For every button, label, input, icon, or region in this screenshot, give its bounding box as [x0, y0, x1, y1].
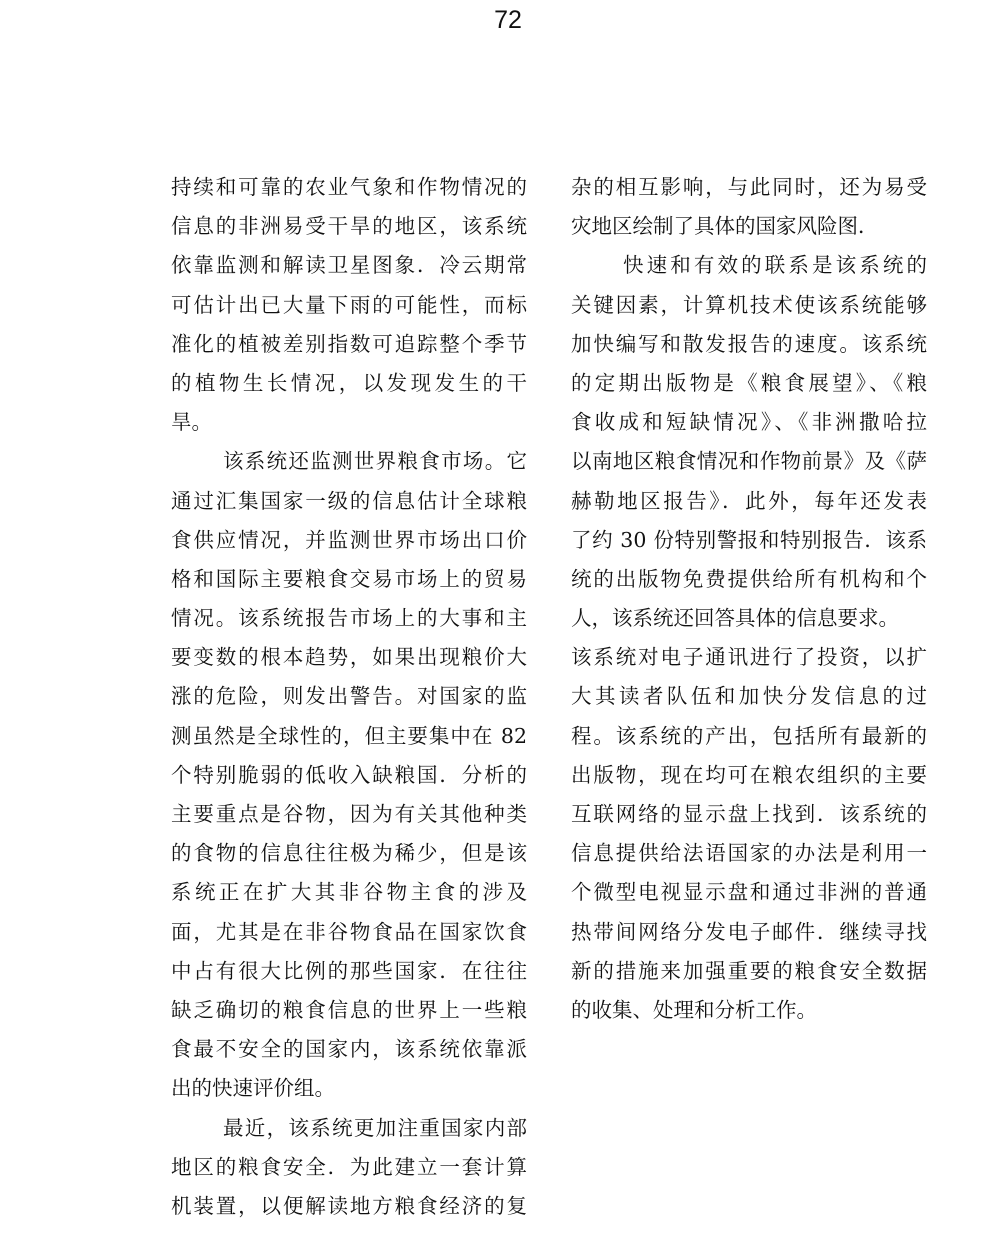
text-line: 食供应情况，并监测世界市场出口价	[171, 521, 527, 560]
text-line: 加快编写和散发报告的速度。该系统	[571, 325, 927, 364]
text-line: 中占有很大比例的那些国家．在往往	[171, 952, 527, 991]
text-line: 信息的非洲易受干旱的地区，该系统	[171, 207, 527, 246]
text-line: 可估计出已大量下雨的可能性，而标	[171, 286, 527, 325]
text-line: 主要重点是谷物，因为有关其他种类	[171, 795, 527, 834]
text-line: 以南地区粮食情况和作物前景》及《萨	[571, 442, 927, 481]
text-line: 的食物的信息往往极为稀少，但是该	[171, 834, 527, 873]
text-line: 该系统还监测世界粮食市场。它	[171, 442, 527, 481]
text-line: 关键因素，计算机技术使该系统能够	[571, 286, 927, 325]
text-line: 的植物生长情况，以发现发生的干	[171, 364, 527, 403]
text-line: 食最不安全的国家内，该系统依靠派	[171, 1030, 527, 1069]
text-line: 新的措施来加强重要的粮食安全数据	[571, 952, 927, 991]
text-line: 互联网络的显示盘上找到．该系统的	[571, 795, 927, 834]
text-line: 旱。	[171, 403, 527, 442]
text-line: 统的出版物免费提供给所有机构和个	[571, 560, 927, 599]
text-line: 面，尤其是在非谷物食品在国家饮食	[171, 913, 527, 952]
right-column: 杂的相互影响，与此同时，还为易受灾地区绘制了具体的国家风险图．快速和有效的联系是…	[571, 168, 927, 1030]
left-column: 持续和可靠的农业气象和作物情况的信息的非洲易受干旱的地区，该系统依靠监测和解读卫…	[171, 168, 527, 1226]
text-line: 该系统对电子通讯进行了投资，以扩	[571, 638, 927, 677]
page-number: 72	[0, 6, 1000, 35]
text-line: 情况。该系统报告市场上的大事和主	[171, 599, 527, 638]
text-line: 信息提供给法语国家的办法是利用一	[571, 834, 927, 873]
text-line: 的收集、处理和分析工作。	[571, 991, 927, 1030]
text-line: 持续和可靠的农业气象和作物情况的	[171, 168, 527, 207]
text-line: 热带间网络分发电子邮件．继续寻找	[571, 913, 927, 952]
text-line: 出的快速评价组。	[171, 1069, 527, 1108]
text-line: 通过汇集国家一级的信息估计全球粮	[171, 482, 527, 521]
text-line: 系统正在扩大其非谷物主食的涉及	[171, 873, 527, 912]
text-line: 了约 30 份特别警报和特别报告．该系	[571, 521, 927, 560]
text-line: 测虽然是全球性的，但主要集中在 82	[171, 717, 527, 756]
text-line: 灾地区绘制了具体的国家风险图．	[571, 207, 927, 246]
text-line: 依靠监测和解读卫星图象．冷云期常	[171, 246, 527, 285]
text-line: 程。该系统的产出，包括所有最新的	[571, 717, 927, 756]
text-line: 的定期出版物是《粮食展望》、《粮	[571, 364, 927, 403]
text-line: 出版物，现在均可在粮农组织的主要	[571, 756, 927, 795]
text-line: 快速和有效的联系是该系统的	[571, 246, 927, 285]
text-line: 大其读者队伍和加快分发信息的过	[571, 677, 927, 716]
text-line: 缺乏确切的粮食信息的世界上一些粮	[171, 991, 527, 1030]
text-line: 杂的相互影响，与此同时，还为易受	[571, 168, 927, 207]
text-line: 人，该系统还回答具体的信息要求。	[571, 599, 927, 638]
text-line: 个特别脆弱的低收入缺粮国．分析的	[171, 756, 527, 795]
text-line: 格和国际主要粮食交易市场上的贸易	[171, 560, 527, 599]
text-line: 赫勒地区报告》．此外，每年还发表	[571, 482, 927, 521]
text-line: 个微型电视显示盘和通过非洲的普通	[571, 873, 927, 912]
text-line: 机装置，以便解读地方粮食经济的复	[171, 1187, 527, 1226]
text-line: 要变数的根本趋势，如果出现粮价大	[171, 638, 527, 677]
text-line: 地区的粮食安全．为此建立一套计算	[171, 1148, 527, 1187]
text-line: 准化的植被差别指数可追踪整个季节	[171, 325, 527, 364]
text-line: 涨的危险，则发出警告。对国家的监	[171, 677, 527, 716]
text-line: 食收成和短缺情况》、《非洲撒哈拉	[571, 403, 927, 442]
text-line: 最近，该系统更加注重国家内部	[171, 1109, 527, 1148]
